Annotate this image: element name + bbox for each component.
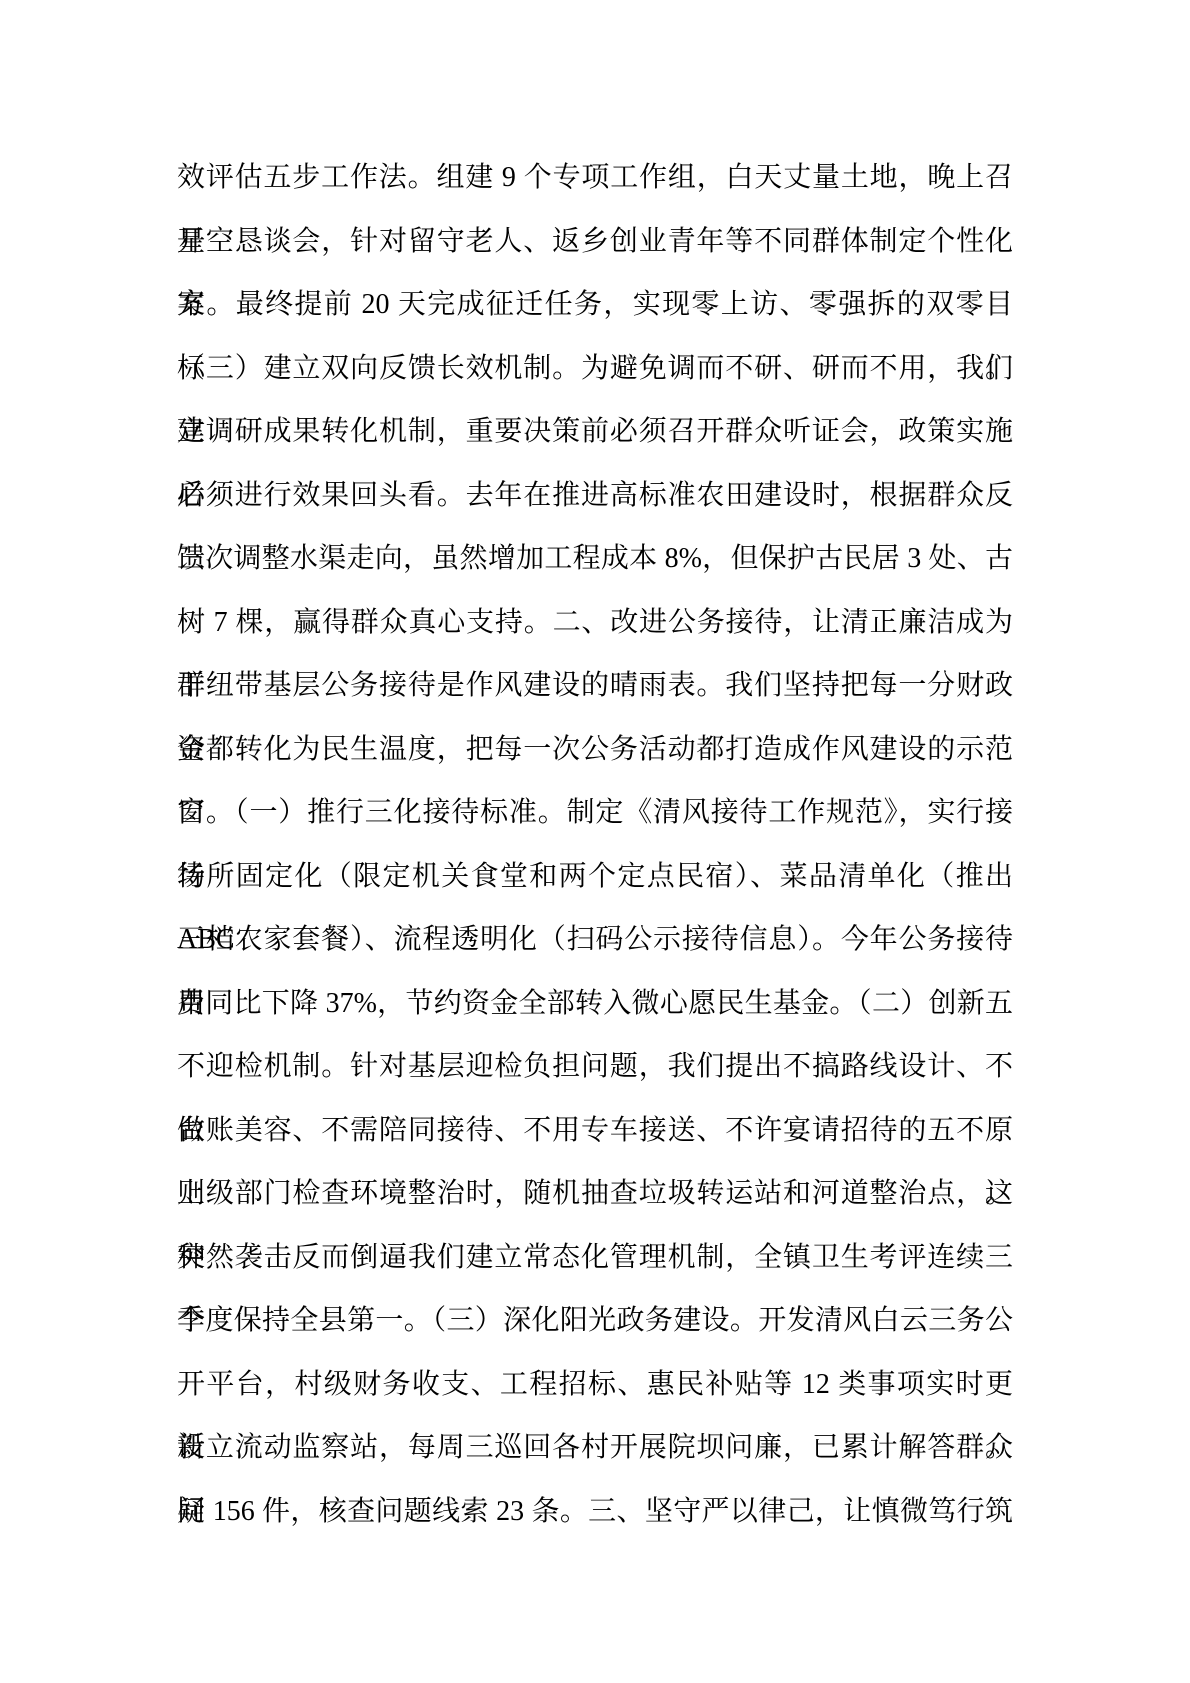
- text-line: 问 156 件，核查问题线索 23 条。三、坚守严以律己，让慎微笃行筑: [177, 1480, 1013, 1544]
- text-line: 季度保持全县第一。（三）深化阳光政务建设。开发清风白云三务公: [177, 1289, 1013, 1353]
- text-line: 突然袭击反而倒逼我们建立常态化管理机制，全镇卫生考评连续三个: [177, 1226, 1013, 1290]
- text-line: 用同比下降 37%，节约资金全部转入微心愿民生基金。（二）创新五: [177, 972, 1013, 1036]
- text-line: 设立流动监察站，每周三巡回各村开展院坝问廉，已累计解答群众疑: [177, 1416, 1013, 1480]
- text-line: 星空恳谈会，针对留守老人、返乡创业青年等不同群体制定个性化方: [177, 210, 1013, 274]
- text-line: 台账美容、不需陪同接待、不用专车接送、不许宴请招待的五不原则。: [177, 1099, 1013, 1163]
- text-line: 三次调整水渠走向，虽然增加工程成本 8%，但保护古民居 3 处、古: [177, 527, 1013, 591]
- text-line: 三档农家套餐）、流程透明化（扫码公示接待信息）。今年公务接待费: [177, 908, 1013, 972]
- text-line: 案。最终提前 20 天完成征迁任务，实现零上访、零强拆的双零目标。: [177, 273, 1013, 337]
- text-line: 立调研成果转化机制，重要决策前必须召开群众听证会，政策实施后: [177, 400, 1013, 464]
- text-line: （三）建立双向反馈长效机制。为避免调而不研、研而不用，我们建: [177, 337, 1013, 401]
- text-line: 口。（一）推行三化接待标准。制定《清风接待工作规范》，实行接待: [177, 781, 1013, 845]
- text-line: 开平台，村级财务收支、工程招标、惠民补贴等 12 类事项实时更新。: [177, 1353, 1013, 1417]
- text-line: 场所固定化（限定机关食堂和两个定点民宿）、菜品清单化（推出 ABC: [177, 845, 1013, 909]
- document-page: 效评估五步工作法。组建 9 个专项工作组，白天丈量土地，晚上召开 星空恳谈会，针…: [0, 0, 1190, 1683]
- document-text-block: 效评估五步工作法。组建 9 个专项工作组，白天丈量土地，晚上召开 星空恳谈会，针…: [177, 146, 1013, 1543]
- text-line: 群纽带基层公务接待是作风建设的晴雨表。我们坚持把每一分财政资: [177, 654, 1013, 718]
- text-line: 金都转化为民生温度，把每一次公务活动都打造成作风建设的示范窗: [177, 718, 1013, 782]
- text-line: 必须进行效果回头看。去年在推进高标准农田建设时，根据群众反馈: [177, 464, 1013, 528]
- text-line: 效评估五步工作法。组建 9 个专项工作组，白天丈量土地，晚上召开: [177, 146, 1013, 210]
- text-line: 不迎检机制。针对基层迎检负担问题，我们提出不搞路线设计、不做: [177, 1035, 1013, 1099]
- text-line: 树 7 棵，赢得群众真心支持。二、改进公务接待，让清正廉洁成为干: [177, 591, 1013, 655]
- text-line: 上级部门检查环境整治时，随机抽查垃圾转运站和河道整治点，这种: [177, 1162, 1013, 1226]
